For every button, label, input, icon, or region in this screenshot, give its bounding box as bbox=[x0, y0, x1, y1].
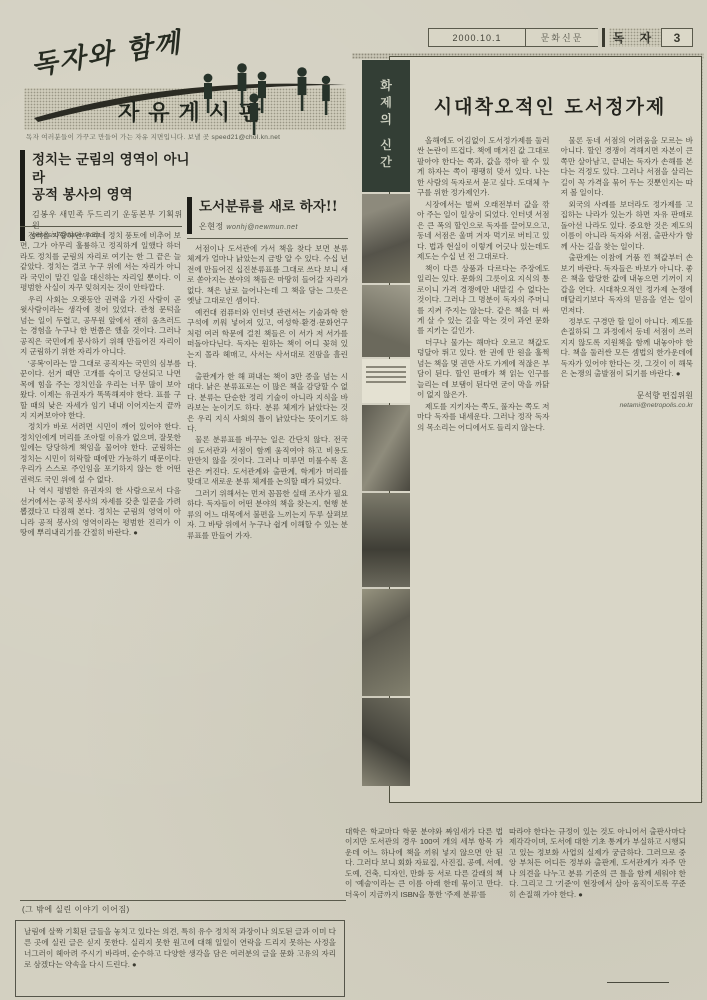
left-article-body: 전력을 자랑하던 우리네 정치 풍토에 비추어 보면, 그가 아무리 훌륭하고 … bbox=[20, 231, 181, 895]
masthead-caption: 독자 여러분들이 가꾸고 만들어 가는 자유 지면입니다. 보낼 곳 speed… bbox=[26, 132, 280, 141]
book-cover-image bbox=[362, 405, 410, 491]
newspaper-section-name: 문화신문 bbox=[526, 28, 598, 47]
paragraph: 우리 사회는 오랫동안 권력을 가진 사람이 곧 윗사람이라는 생각에 젖어 있… bbox=[20, 295, 181, 358]
issue-date: 2000.10.1 bbox=[428, 28, 526, 47]
paragraph: 물론 동네 서점의 어려움을 모르는 바 아니다. 할인 경쟁이 격해지면 자본… bbox=[561, 136, 694, 199]
bottom-note-rule bbox=[20, 900, 346, 901]
right-article-title: 시대착오적인 도서정가제 bbox=[430, 92, 670, 119]
paragraph: 출판계가 한 해 펴내는 책이 3만 종을 넘는 시대다. 낡은 분류표로는 이… bbox=[187, 372, 348, 435]
book-cover-strip: 화제의 신간 bbox=[362, 60, 410, 788]
book-cover-image bbox=[362, 493, 410, 587]
paragraph: 더구나 물가는 해마다 오르고 책값도 덩달아 뛰고 있다. 한 권에 만 원을… bbox=[417, 338, 550, 401]
paragraph: 제도를 지키자는 쪽도, 풀자는 쪽도 저마다 독자를 내세운다. 그러나 정작… bbox=[417, 402, 550, 433]
paragraph: 책이 다른 상품과 다르다는 주장에도 일리는 있다. 문화의 그릇이요 지식의… bbox=[417, 264, 550, 337]
paragraph: 출판계는 이참에 거품 낀 책값부터 손보기 바란다. 독자들은 바보가 아니다… bbox=[561, 253, 694, 316]
paragraph: '공복'이라는 말 그대로 공직자는 국민의 심부름꾼이다. 선거 때만 고개를… bbox=[20, 359, 181, 422]
book-cover-image bbox=[362, 285, 410, 357]
paragraph: 나 역시 평범한 유권자의 한 사람으로서 다음 선거에서는 공적 봉사의 자세… bbox=[20, 486, 181, 538]
paragraph: 시장에서는 벌써 오래전부터 값을 깎아 주는 일이 일상이 되었다. 인터넷 … bbox=[417, 200, 550, 263]
paragraph: 서점이나 도서관에 가서 책을 찾다 보면 분류 체계가 얼마나 낡았는지 금방… bbox=[187, 244, 348, 307]
paragraph: 정치가 바로 서려면 시민이 깨어 있어야 한다. 정치인에게 머리를 조아릴 … bbox=[20, 422, 181, 485]
book-cover-image bbox=[362, 589, 410, 697]
header-divider bbox=[602, 28, 605, 47]
end-of-article-rule bbox=[607, 982, 669, 983]
middle-article-email: wonhj@newmun.net bbox=[226, 224, 298, 231]
page-number: 3 bbox=[661, 28, 693, 47]
signature-name: 문석향 편집위원 bbox=[561, 390, 694, 401]
left-article-headline-block: 정치는 군림의 영역이 아니라 공적 봉사의 영역 김봉우 새민족 두드리기 운… bbox=[20, 150, 190, 241]
bottom-strip-col2: 따라야 한다는 규정이 있는 것도 아니어서 출판사마다 제각각이며, 도서에 … bbox=[509, 827, 686, 998]
middle-article-body: 서점이나 도서관에 가서 책을 찾다 보면 분류 체계가 얼마나 낡았는지 금방… bbox=[187, 244, 348, 916]
book-cover-image bbox=[362, 194, 410, 284]
paragraph: 물론 분류표를 바꾸는 일은 간단치 않다. 전국의 도서관과 서점이 함께 움… bbox=[187, 435, 348, 487]
left-article-rule bbox=[20, 226, 182, 227]
paragraph: 외국의 사례를 보더라도 정가제를 고집하는 나라가 있는가 하면 자유 판매로… bbox=[561, 200, 694, 252]
bottom-note-box: 날림에 살짝 기획된 글들을 놓치고 있다는 의견, 특히 유수 정치적 과장이… bbox=[15, 920, 345, 997]
strip-label-text: 화제의 신간 bbox=[378, 79, 395, 172]
right-article-col2: 물론 동네 서점의 어려움을 모르는 바 아니다. 할인 경쟁이 격해지면 자본… bbox=[561, 136, 694, 786]
paragraph: 정부도 구경만 할 일이 아니다. 제도를 손질하되 그 과정에서 동네 서점이… bbox=[561, 317, 694, 380]
right-article-signature: 문석향 편집위원 netami@netropolis.co.kr bbox=[561, 390, 694, 410]
people-silhouettes-graphic bbox=[196, 60, 346, 136]
paragraph: 예컨대 컴퓨터와 인터넷 관련서는 기술과학 한구석에 끼워 넣어져 있고, 여… bbox=[187, 308, 348, 371]
middle-article-headline-block: 도서분류를 새로 하자!! 온현정 wonhj@newmun.net bbox=[187, 197, 355, 234]
page-header-meta: 2000.10.1 문화신문 독 자 3 bbox=[428, 28, 700, 47]
right-article-body: 올해에도 어김없이 도서정가제를 둘러싼 논란이 뜨겁다. 책에 매겨진 값 그… bbox=[417, 136, 693, 786]
bottom-strip-col1: 대학은 학교마다 학문 분야와 짜임새가 다른 법이지만 도서관의 경우 100… bbox=[345, 827, 503, 998]
middle-article-rule bbox=[187, 238, 348, 239]
bottom-note-heading: (그 밖에 실린 이야기 이어짐) bbox=[22, 904, 130, 915]
middle-article-title: 도서분류를 새로 하자!! bbox=[199, 199, 355, 217]
signature-email: netami@netropolis.co.kr bbox=[561, 401, 694, 410]
book-caption-thumbnail bbox=[362, 359, 410, 403]
middle-article-byline: 온현정 wonhj@newmun.net bbox=[199, 221, 355, 232]
left-article-title: 정치는 군림의 영역이 아니라 공적 봉사의 영역 bbox=[32, 152, 190, 205]
right-article-col1: 올해에도 어김없이 도서정가제를 둘러싼 논란이 뜨겁다. 책에 매겨진 값 그… bbox=[417, 136, 550, 786]
book-cover-image bbox=[362, 698, 410, 786]
paragraph: 그러기 위해서는 먼저 꼼꼼한 실태 조사가 필요하다. 독자들이 어떤 분야의… bbox=[187, 489, 348, 541]
paragraph: 올해에도 어김없이 도서정가제를 둘러싼 논란이 뜨겁다. 책에 매겨진 값 그… bbox=[417, 136, 550, 199]
paragraph: 전력을 자랑하던 우리네 정치 풍토에 비추어 보면, 그가 아무리 훌륭하고 … bbox=[20, 231, 181, 294]
left-article-byline: 김봉우 새민족 두드리기 운동본부 기획위원 bbox=[32, 209, 190, 231]
strip-label-box: 화제의 신간 bbox=[362, 60, 410, 192]
page-section-label: 독 자 bbox=[609, 28, 661, 47]
